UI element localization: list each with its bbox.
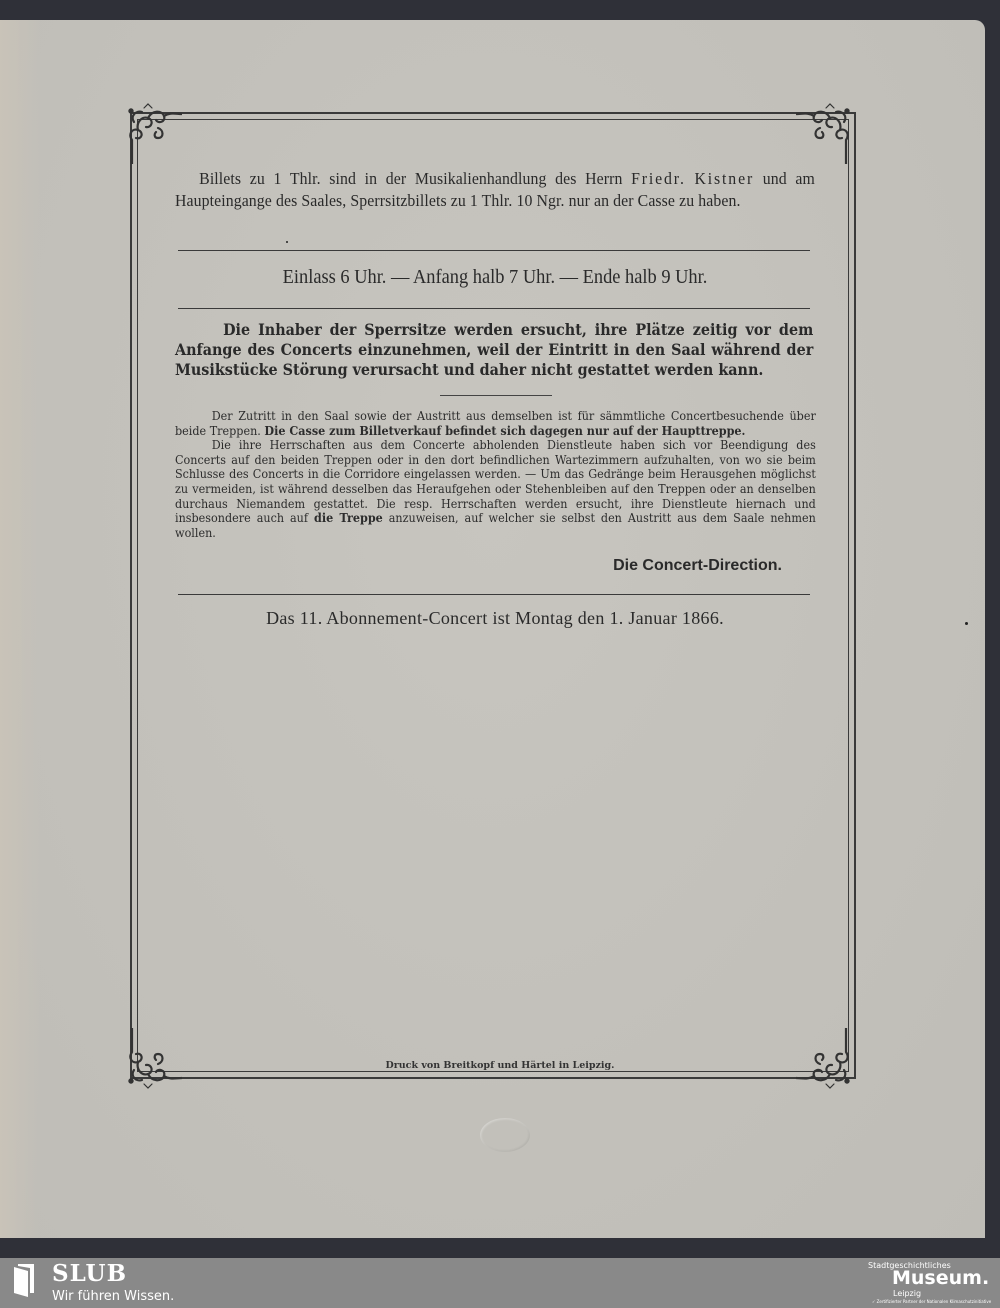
corner-ornament-icon <box>796 100 860 164</box>
box-office-emphasis: Die Casse zum Billetverkauf befindet sic… <box>264 423 745 438</box>
embossed-stamp <box>480 1118 530 1152</box>
corner-ornament-icon <box>118 100 182 164</box>
museum-certification: ✓ Zertifizierter Partner der Nationalen … <box>872 1299 991 1304</box>
short-divider-rule <box>440 395 552 396</box>
divider-rule <box>178 308 810 309</box>
footer-bar: SLUB Wir führen Wissen. Stadtgeschichtli… <box>0 1258 1000 1308</box>
billets-text-a: Billets zu 1 Thlr. sind in der Musikalie… <box>199 169 631 188</box>
reserved-seats-notice: Die Inhaber der Sperrsitze werden ersuch… <box>175 320 813 380</box>
page-edge-shading <box>0 20 40 1238</box>
slub-logo-title[interactable]: SLUB <box>52 1260 127 1287</box>
ink-speck <box>286 241 288 243</box>
slub-logo-tagline: Wir führen Wissen. <box>52 1289 174 1304</box>
ornamental-frame-inner <box>137 119 849 1072</box>
corner-ornament-icon <box>118 1028 182 1092</box>
next-concert-announcement: Das 11. Abonnement-Concert ist Montag de… <box>175 608 815 629</box>
printer-imprint: Druck von Breitkopf und Härtel in Leipzi… <box>340 1060 660 1071</box>
seller-first-name: Friedr. <box>631 169 686 188</box>
divider-rule <box>178 594 810 595</box>
ink-speck <box>965 622 968 625</box>
stairs-emphasis: die Treppe <box>314 510 383 525</box>
slub-book-logo-icon[interactable] <box>12 1263 38 1297</box>
access-notice: Der Zutritt in den Saal sowie der Austri… <box>175 409 816 540</box>
billets-paragraph: Billets zu 1 Thlr. sind in der Musikalie… <box>175 168 815 212</box>
access-notice-paragraph-2: Die ihre Herrschaften aus dem Concerte a… <box>175 438 816 540</box>
signature: Die Concert-Direction. <box>540 557 782 575</box>
billets-section: Billets zu 1 Thlr. sind in der Musikalie… <box>175 168 815 212</box>
museum-logo-name[interactable]: Museum. <box>892 1267 989 1289</box>
museum-logo-city: Leipzig <box>893 1289 921 1298</box>
times-line: Einlass 6 Uhr. — Anfang halb 7 Uhr. — En… <box>201 266 790 289</box>
divider-rule <box>178 250 810 251</box>
seller-last-name: Kistner <box>695 169 755 188</box>
access-notice-paragraph-1: Der Zutritt in den Saal sowie der Austri… <box>175 409 816 438</box>
corner-ornament-icon <box>796 1028 860 1092</box>
